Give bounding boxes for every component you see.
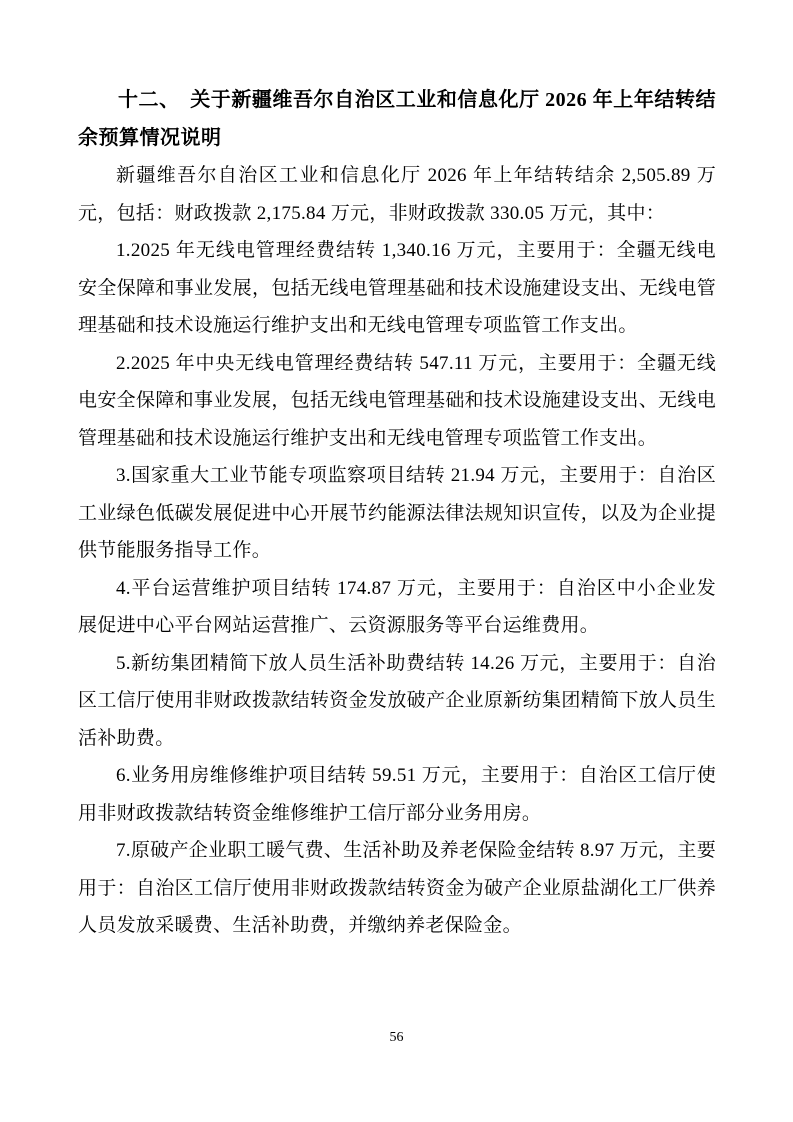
paragraph: 1.2025 年无线电管理经费结转 1,340.16 万元，主要用于：全疆无线电… [78, 232, 716, 345]
paragraph: 2.2025 年中央无线电管理经费结转 547.11 万元，主要用于：全疆无线电… [78, 345, 716, 458]
paragraph: 新疆维吾尔自治区工业和信息化厅 2026 年上年结转结余 2,505.89 万元… [78, 157, 716, 232]
paragraph: 7.原破产企业职工暖气费、生活补助及养老保险金结转 8.97 万元，主要用于：自… [78, 832, 716, 945]
page-number: 56 [0, 1030, 793, 1046]
paragraph: 5.新纺集团精简下放人员生活补助费结转 14.26 万元，主要用于：自治区工信厅… [78, 645, 716, 758]
document-body: 十二、 关于新疆维吾尔自治区工业和信息化厅 2026 年上年结转结余预算情况说明… [78, 82, 716, 945]
document-title: 十二、 关于新疆维吾尔自治区工业和信息化厅 2026 年上年结转结余预算情况说明 [78, 82, 716, 157]
paragraph: 3.国家重大工业节能专项监察项目结转 21.94 万元，主要用于：自治区工业绿色… [78, 457, 716, 570]
paragraph: 4.平台运营维护项目结转 174.87 万元，主要用于：自治区中小企业发展促进中… [78, 570, 716, 645]
paragraph: 6.业务用房维修维护项目结转 59.51 万元，主要用于：自治区工信厅使用非财政… [78, 757, 716, 832]
document-page: 十二、 关于新疆维吾尔自治区工业和信息化厅 2026 年上年结转结余预算情况说明… [0, 0, 793, 1122]
